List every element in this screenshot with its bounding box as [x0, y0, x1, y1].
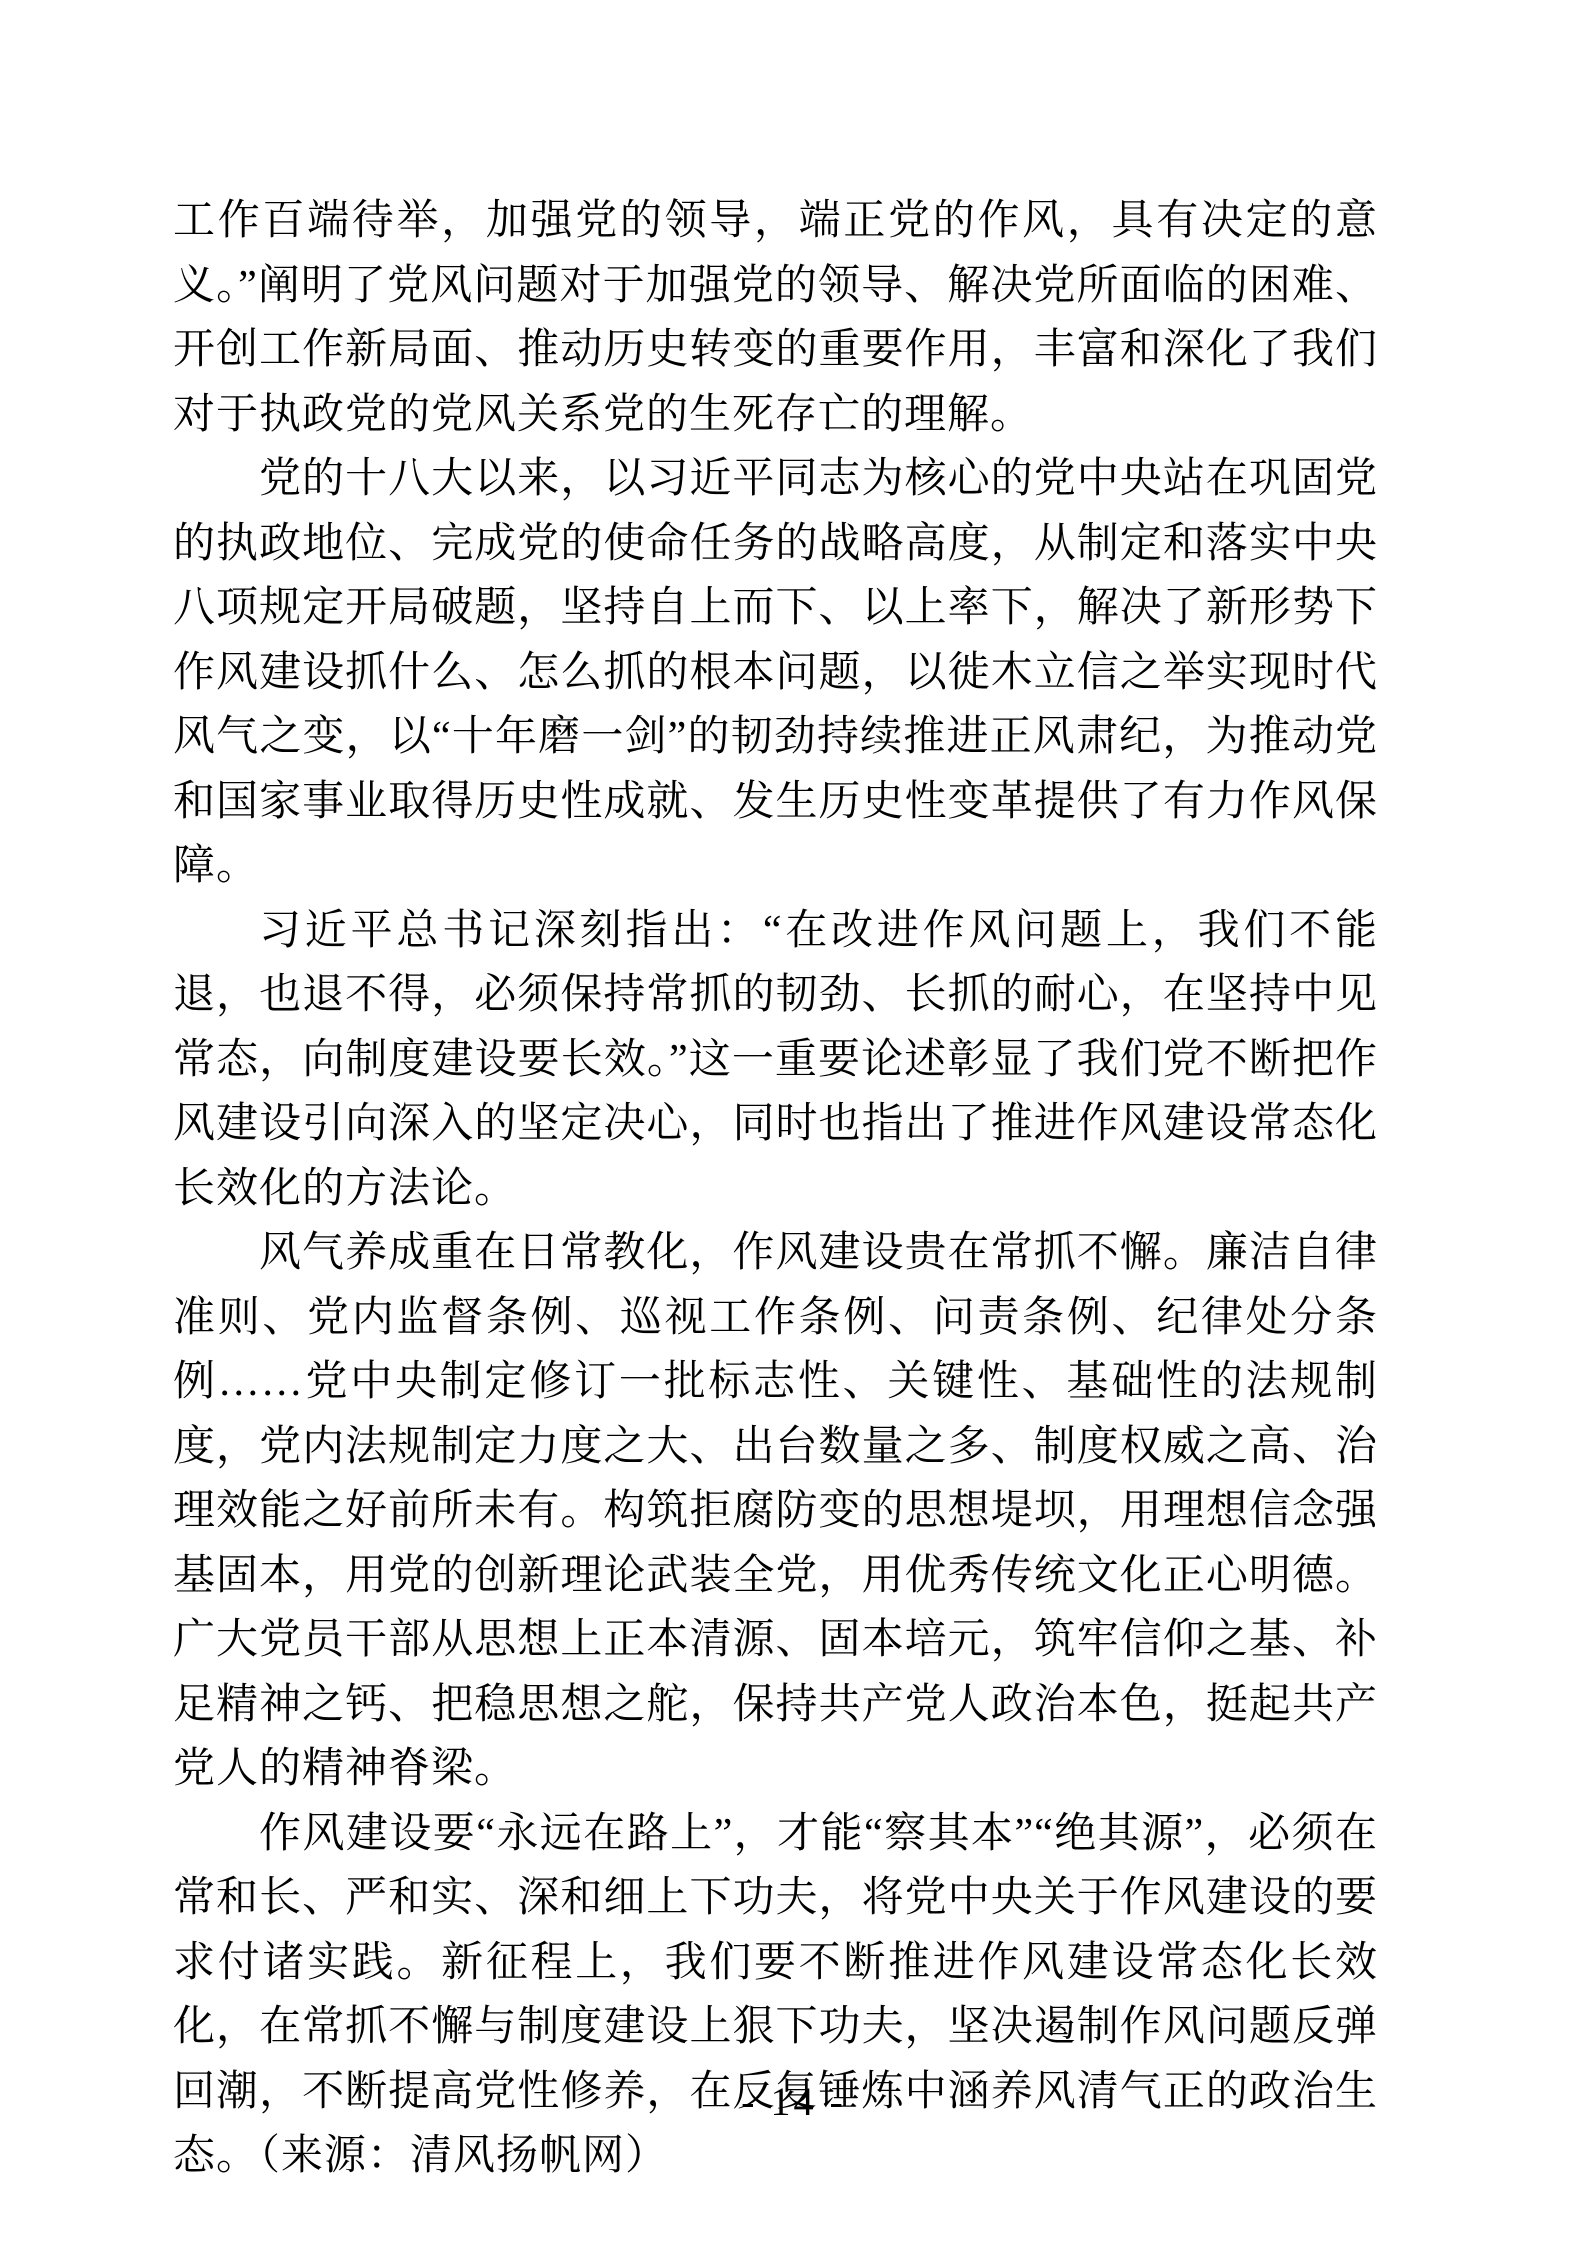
document-body: 工作百端待举，加强党的领导，端正党的作风，具有决定的意义。”阐明了党风问题对于加… — [173, 189, 1378, 2189]
body-paragraph: 党的十八大以来，以习近平同志为核心的党中央站在巩固党的执政地位、完成党的使命任务… — [173, 447, 1378, 899]
body-paragraph: 习近平总书记深刻指出：“在改进作风问题上，我们不能退，也退不得，必须保持常抓的韧… — [173, 899, 1378, 1222]
body-paragraph-continuation: 工作百端待举，加强党的领导，端正党的作风，具有决定的意义。”阐明了党风问题对于加… — [173, 189, 1378, 447]
body-paragraph: 风气养成重在日常教化，作风建设贵在常抓不懈。廉洁自律准则、党内监督条例、巡视工作… — [173, 1221, 1378, 1802]
body-paragraph: 作风建设要“永远在路上”，才能“察其本”“绝其源”，必须在常和长、严和实、深和细… — [173, 1802, 1378, 2189]
page-footer: - 14 - — [0, 2078, 1587, 2125]
document-page: 工作百端待举，加强党的领导，端正党的作风，具有决定的意义。”阐明了党风问题对于加… — [0, 0, 1587, 2245]
page-number: - 14 - — [741, 2079, 846, 2124]
